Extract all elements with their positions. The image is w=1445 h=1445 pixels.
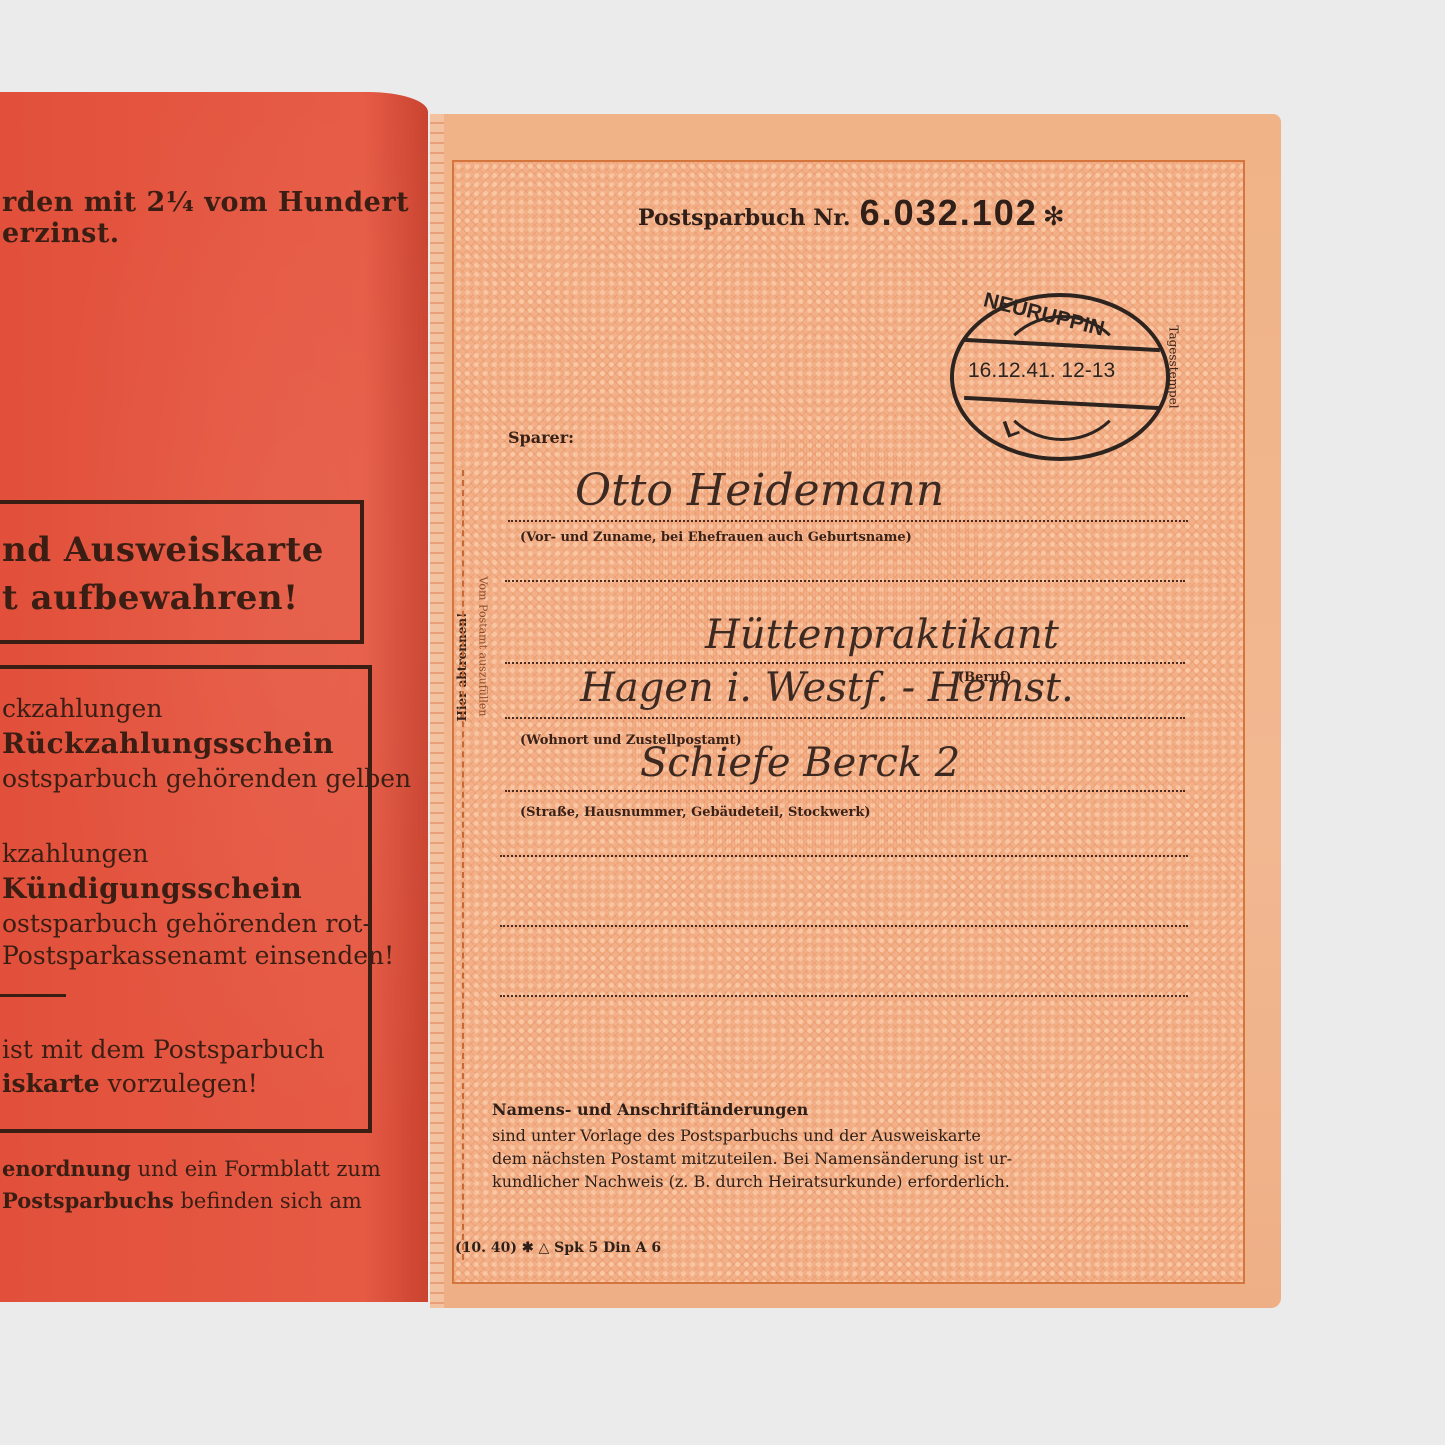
residence-handwritten[interactable]: Hagen i. Westf. - Hemst. [580,665,1074,711]
tear-off-sublabel: Vom Postamt auszufüllen [477,557,490,737]
divider [0,994,66,997]
changes-heading: Namens- und Anschriftänderungen [492,1100,808,1119]
sec2-line-2: Kündigungsschein [2,873,302,905]
changes-text-3: kundlicher Nachweis (z. B. durch Heirats… [492,1170,1012,1193]
sec1-line-2: Rückzahlungsschein [2,728,334,760]
interest-line-2: erzinst. [2,218,120,250]
postmark-stamp: NEURUPPIN 16.12.41. 12-13 L [950,293,1170,461]
asterisk-flower-icon: ✻ [1043,202,1065,232]
sec3-line-2: iskarte vorzulegen! [2,1068,258,1100]
keep-safe-line-2: t aufbewahren! [2,578,299,618]
blank-line-1 [505,580,1185,582]
interest-line-1: rden mit 2¼ vom Hundert [2,187,409,219]
title-label: Postsparbuch Nr. [638,205,851,231]
sec1-line-1: ckzahlungen [2,693,162,725]
form-code: (10. 40) ✱ △ Spk 5 Din A 6 [455,1240,661,1256]
sec3-line-1: ist mit dem Postsparbuch [2,1034,325,1066]
footer-rest-2: befinden sich am [180,1189,361,1213]
sec2-line-4: Postsparkassenamt einsenden! [2,940,394,972]
footer-bold-2: Postsparbuchs [2,1188,174,1213]
footer-rest-1: und ein Formblatt zum [138,1157,381,1181]
footer-line-1: enordnung und ein Formblatt zum [2,1153,381,1185]
footer-line-2: Postsparbuchs befinden sich am [2,1185,362,1217]
postmark-datetime: 16.12.41. 12-13 [968,359,1115,383]
street-caption: (Straße, Hausnummer, Gebäudeteil, Stockw… [520,805,871,820]
sec3-bold: iskarte [2,1069,100,1098]
name-caption: (Vor- und Zuname, bei Ehefrauen auch Geb… [520,530,912,545]
residence-line [505,717,1185,719]
blank-line-2 [500,855,1188,857]
street-handwritten[interactable]: Schiefe Berck 2 [640,740,960,786]
postmark-side-label: Tagesstempel [1167,325,1181,408]
blank-line-3 [500,925,1188,927]
saver-label: Sparer: [508,428,574,447]
sec3-rest: vorzulegen! [108,1069,258,1098]
tear-line [462,470,464,1260]
keep-safe-notice-box [0,500,364,644]
street-line [505,790,1185,792]
sec2-line-1: kzahlungen [2,838,148,870]
changes-text-1: sind unter Vorlage des Postsparbuchs und… [492,1124,1012,1147]
keep-safe-line-1: nd Ausweiskarte [2,530,324,570]
perforation-strip [430,114,444,1308]
book-number: 6.032.102 [860,192,1038,233]
passbook-title: Postsparbuch Nr. 6.032.102 ✻ [638,192,1065,234]
occupation-handwritten[interactable]: Hüttenpraktikant [705,612,1059,658]
blank-line-4 [500,995,1188,997]
changes-text: sind unter Vorlage des Postsparbuchs und… [492,1124,1012,1193]
occupation-line [505,662,1185,664]
sec2-line-3: ostsparbuch gehörenden rot- [2,908,371,940]
name-line [508,520,1188,522]
changes-text-2: dem nächsten Postamt mitzuteilen. Bei Na… [492,1147,1012,1170]
sec1-line-3: ostsparbuch gehörenden gelben [2,763,411,795]
footer-bold-1: enordnung [2,1156,131,1181]
saver-name-handwritten[interactable]: Otto Heidemann [575,465,944,516]
